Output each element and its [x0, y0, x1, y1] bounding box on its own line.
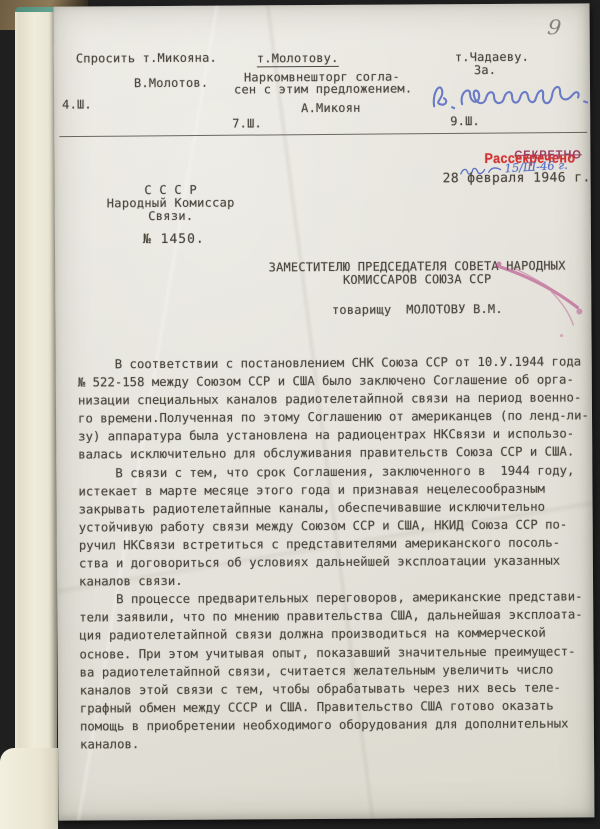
separator-rule: [59, 132, 587, 137]
annotation-left-line1: Спросить т.Микояна.: [76, 51, 217, 66]
annotation-center-date: 7.Ш.: [232, 116, 262, 130]
green-paper-edge: [15, 7, 57, 12]
underlined-addressee: т.Молотову.: [257, 51, 339, 67]
previous-page-edge: [15, 7, 57, 829]
body-text: В соответствии с постановлением СНК Союз…: [78, 352, 600, 753]
magenta-ink-smudge: [491, 251, 596, 348]
document-date: 28 февраля 1946 г.: [443, 170, 591, 186]
document-page: 9 Спросить т.Микояна. В.Молотов. 4.Ш. т.…: [54, 3, 595, 820]
text-line: каналов.: [80, 732, 600, 753]
annotation-center-addressee: т.Молотову.: [257, 51, 339, 65]
annotation-left-date: 4.Ш.: [62, 97, 92, 111]
letterhead: С С С Р Народный Комиссар Связи.: [83, 183, 259, 222]
document-number: № 1450.: [143, 232, 205, 247]
archival-photo: 9 Спросить т.Микояна. В.Молотов. 4.Ш. т.…: [0, 0, 600, 829]
letterhead-org-line2: Связи.: [83, 209, 259, 223]
paragraph: В соответствии с постановлением СНК Союз…: [78, 352, 599, 464]
previous-page-edge-bottom: [0, 748, 58, 829]
annotation-center-signature: А.Микоян: [301, 101, 360, 115]
page-number: 9: [546, 15, 562, 41]
paragraph: В процессе предварительных переговоров, …: [79, 588, 600, 754]
text-line: помощь в приобретении необходимого обору…: [80, 714, 600, 735]
annotation-left-signature: В.Молотов.: [134, 76, 208, 90]
molotov-signature-ink: [426, 73, 590, 120]
text-line: ства и договориться об условиях дальнейш…: [79, 551, 599, 572]
annotation-center-note-line2: сен с этим предложением.: [234, 81, 412, 96]
paragraph: В связи с тем, что срок Соглашения, закл…: [78, 461, 599, 591]
